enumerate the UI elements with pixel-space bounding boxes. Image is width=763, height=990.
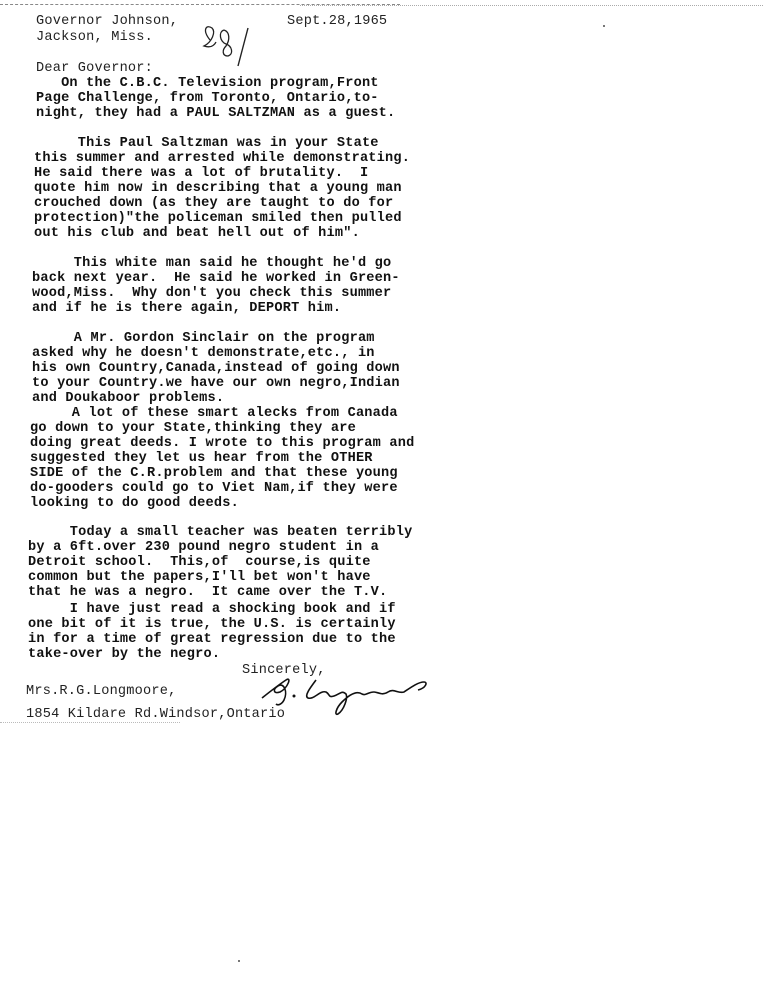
body-line: wood,Miss. Why don't you check this summ… xyxy=(32,286,391,301)
body-line: night, they had a PAUL SALTZMAN as a gue… xyxy=(36,106,395,121)
body-line: protection)"the policeman smiled then pu… xyxy=(34,211,402,226)
body-line: this summer and arrested while demonstra… xyxy=(34,151,410,166)
body-line: Today a small teacher was beaten terribl… xyxy=(28,525,412,540)
body-line: do-gooders could go to Viet Nam,if they … xyxy=(30,481,398,496)
body-line: doing great deeds. I wrote to this progr… xyxy=(30,436,414,451)
sender-address: 1854 Kildare Rd.Windsor,Ontario xyxy=(26,707,285,722)
addressee-line-2: Jackson, Miss. xyxy=(36,30,153,45)
body-line: back next year. He said he worked in Gre… xyxy=(32,271,400,286)
body-line: and if he is there again, DEPORT him. xyxy=(32,301,341,316)
body-line: Page Challenge, from Toronto, Ontario,to… xyxy=(36,91,379,106)
body-line: This white man said he thought he'd go xyxy=(32,256,391,271)
body-line: his own Country,Canada,instead of going … xyxy=(32,361,400,376)
handwritten-annotation-icon xyxy=(198,22,258,68)
body-line: out his club and beat hell out of him". xyxy=(34,226,360,241)
body-line: This Paul Saltzman was in your State xyxy=(36,136,379,151)
body-line: Detroit school. This,of course,is quite xyxy=(28,555,371,570)
scan-artifact-bottom xyxy=(0,722,180,724)
body-line: in for a time of great regression due to… xyxy=(28,632,396,647)
body-line: that he was a negro. It came over the T.… xyxy=(28,585,387,600)
salutation: Dear Governor: xyxy=(36,61,153,76)
body-line: quote him now in describing that a young… xyxy=(34,181,402,196)
body-line: and Doukaboor problems. xyxy=(32,391,224,406)
body-line: SIDE of the C.R.problem and that these y… xyxy=(30,466,398,481)
body-line: I have just read a shocking book and if xyxy=(28,602,396,617)
body-line: one bit of it is true, the U.S. is certa… xyxy=(28,617,396,632)
scan-speck xyxy=(238,960,240,962)
body-line: A Mr. Gordon Sinclair on the program xyxy=(32,331,375,346)
scan-speck xyxy=(603,25,605,27)
body-line: by a 6ft.over 230 pound negro student in… xyxy=(28,540,379,555)
body-line: He said there was a lot of brutality. I xyxy=(34,166,368,181)
sender-name: Mrs.R.G.Longmoore, xyxy=(26,684,176,699)
scan-artifact-top-right xyxy=(300,5,763,7)
addressee-line-1: Governor Johnson, xyxy=(36,14,178,29)
letter-date: Sept.28,1965 xyxy=(287,14,387,29)
body-line: go down to your State,thinking they are xyxy=(30,421,356,436)
body-line: common but the papers,I'll bet won't hav… xyxy=(28,570,371,585)
body-line: crouched down (as they are taught to do … xyxy=(34,196,393,211)
body-line: On the C.B.C. Television program,Front xyxy=(36,76,379,91)
body-line: A lot of these smart alecks from Canada xyxy=(30,406,398,421)
body-line: suggested they let us hear from the OTHE… xyxy=(30,451,373,466)
body-line: asked why he doesn't demonstrate,etc., i… xyxy=(32,346,375,361)
body-line: to your Country.we have our own negro,In… xyxy=(32,376,400,391)
body-line: looking to do good deeds. xyxy=(30,496,239,511)
body-line: take-over by the negro. xyxy=(28,647,220,662)
